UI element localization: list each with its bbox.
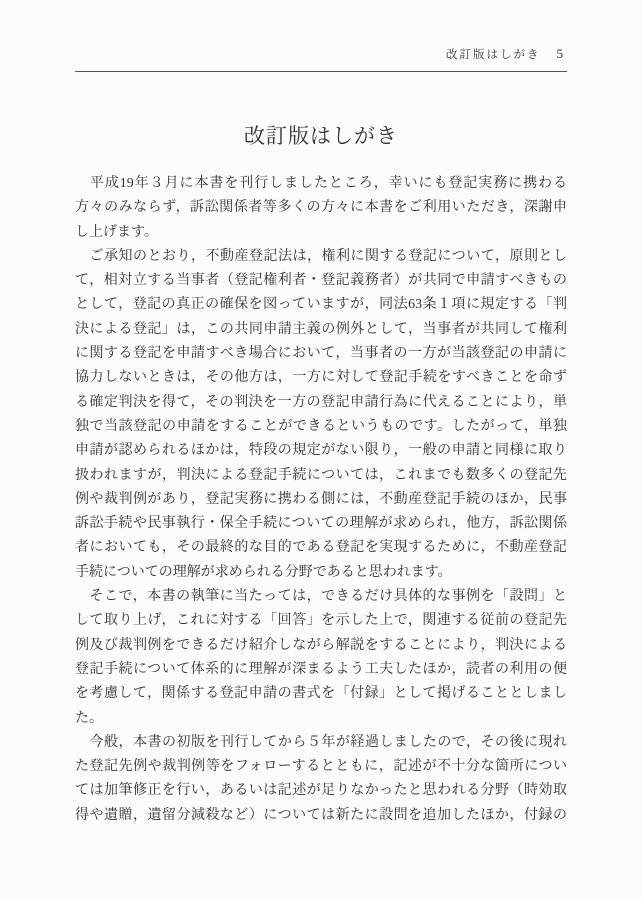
text-line: 平成19年３月に本書を刊行しましたところ，幸いにも登記実務に携わる — [75, 172, 567, 196]
paragraph: そこで，本書の執筆に当たっては，できるだけ具体的な事例を「設問」として取り上げ，… — [75, 585, 567, 731]
text-line: 例及び裁判例をできるだけ紹介しながら解説をすることにより，判決による — [75, 634, 567, 658]
running-head: 改訂版はしがき 5 — [75, 0, 567, 63]
text-line: 決による登記」は，この共同申請主義の例外として，当事者が共同して権利 — [75, 318, 567, 342]
text-line: に関する登記を申請すべき場合において，当事者の一方が当該登記の申請に — [75, 342, 567, 366]
text-line: し上げます。 — [75, 221, 567, 245]
text-line: 者においても，その最終的な目的である登記を実現するために，不動産登記 — [75, 536, 567, 560]
text-line: ご承知のとおり，不動産登記法は，権利に関する登記について，原則とし — [75, 245, 567, 269]
text-line: た。 — [75, 707, 567, 731]
text-line: そこで，本書の執筆に当たっては，できるだけ具体的な事例を「設問」と — [75, 585, 567, 609]
header-rule — [75, 71, 567, 72]
text-line: 独で当該登記の申請をすることができるというものです。したがって，単独 — [75, 415, 567, 439]
paragraph: 今般，本書の初版を刊行してから５年が経過しましたので，その後に現れた登記先例や裁… — [75, 731, 567, 828]
text-line: る確定判決を得て，その判決を一方の登記申請行為に代えることにより，単 — [75, 391, 567, 415]
paragraph: ご承知のとおり，不動産登記法は，権利に関する登記について，原則として，相対立する… — [75, 245, 567, 585]
text-line: 訴訟手続や民事執行・保全手続についての理解が求められ，他方，訴訟関係 — [75, 512, 567, 536]
running-head-title: 改訂版はしがき — [446, 47, 541, 63]
text-line: 手続についての理解が求められる分野であると思われます。 — [75, 561, 567, 585]
text-line: 得や遺贈，遺留分減殺など）については新たに設問を追加したほか，付録の — [75, 804, 567, 828]
text-line: 登記手続について体系的に理解が深まるよう工夫したほか，読者の利用の便 — [75, 658, 567, 682]
text-line: 方々のみならず，訴訟関係者等多くの方々に本書をご利用いただき，深謝申 — [75, 196, 567, 220]
book-page: 改訂版はしがき 5 改訂版はしがき 平成19年３月に本書を刊行しましたところ，幸… — [0, 0, 642, 900]
text-line: 例や裁判例があり，登記実務に携わる側には，不動産登記手続のほか，民事 — [75, 488, 567, 512]
text-line: 協力しないときは，その他方は，一方に対して登記手続をすべきことを命ず — [75, 366, 567, 390]
text-line: 扱われますが，判決による登記手続については，これまでも数多くの登記先 — [75, 464, 567, 488]
text-line: ては加筆修正を行い，あるいは記述が足りなかったと思われる分野（時効取 — [75, 779, 567, 803]
text-line: 今般，本書の初版を刊行してから５年が経過しましたので，その後に現れ — [75, 731, 567, 755]
paragraph: 平成19年３月に本書を刊行しましたところ，幸いにも登記実務に携わる方々のみならず… — [75, 172, 567, 245]
page-number: 5 — [557, 46, 564, 62]
text-line: として，登記の真正の確保を図っていますが，同法63条１項に規定する「判 — [75, 293, 567, 317]
page-title: 改訂版はしがき — [75, 122, 567, 150]
text-line: を考慮して，関係する登記申請の書式を「付録」として掲げることとしまし — [75, 682, 567, 706]
text-line: 申請が認められるほかは，特段の規定がない限り，一般の申請と同様に取り — [75, 439, 567, 463]
text-line: た登記先例や裁判例等をフォローするとともに，記述が不十分な箇所につい — [75, 755, 567, 779]
text-line: て，相対立する当事者（登記権利者・登記義務者）が共同で申請すべきもの — [75, 269, 567, 293]
text-line: して取り上げ，これに対する「回答」を示した上で，関連する従前の登記先 — [75, 609, 567, 633]
body-text: 平成19年３月に本書を刊行しましたところ，幸いにも登記実務に携わる方々のみならず… — [75, 172, 567, 828]
